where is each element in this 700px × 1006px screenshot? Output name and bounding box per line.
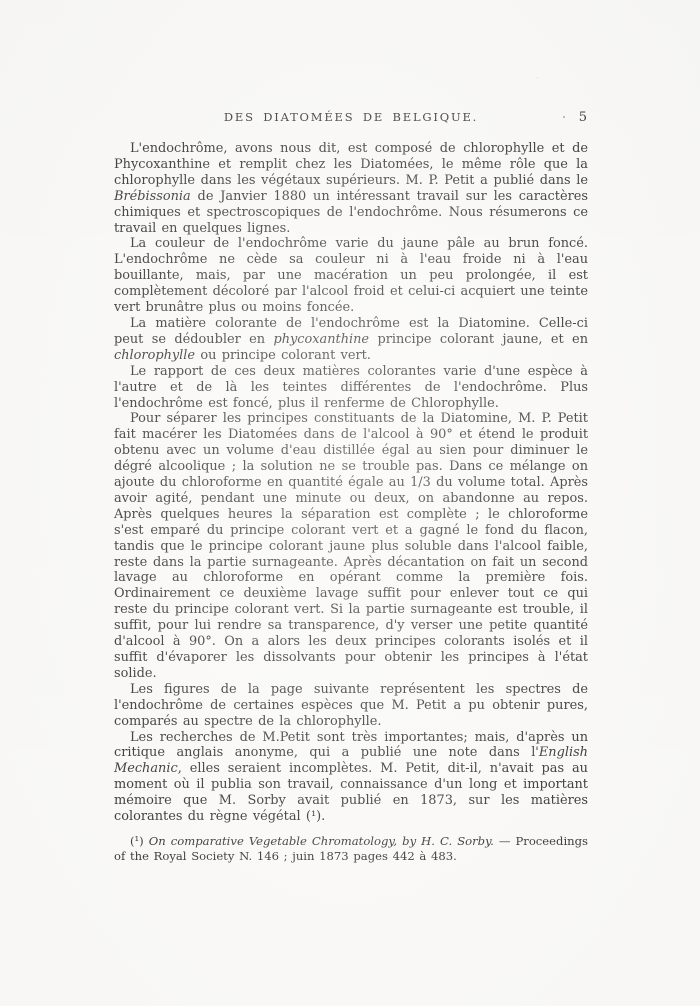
text-block: DES DIATOMÉES DE BELGIQUE. 5 L'endochrôm…	[114, 110, 588, 864]
text-segment: Les recherches de M.Petit sont très impo…	[114, 730, 588, 761]
italic-text-segment: chlorophylle	[114, 348, 195, 363]
text-segment: principe colorant jaune, et en	[369, 332, 588, 347]
italic-text-segment: phycoxanthine	[273, 332, 369, 347]
text-segment: Les figures de la page suivante représen…	[114, 682, 588, 729]
page-number: 5	[579, 110, 587, 125]
text-segment: La couleur de l'endochrôme varie du jaun…	[114, 236, 588, 315]
text-segment: Le rapport de ces deux matières colorant…	[114, 364, 588, 411]
paragraph: Pour séparer les principes constituants …	[114, 411, 588, 681]
text-segment: , elles seraient incomplètes. M. Petit, …	[114, 761, 588, 824]
paragraph: Le rapport de ces deux matières colorant…	[114, 364, 588, 412]
text-segment: Pour séparer les principes constituants …	[114, 411, 588, 681]
text-segment: (¹)	[130, 834, 149, 848]
paragraph: La couleur de l'endochrôme varie du jaun…	[114, 236, 588, 316]
footnote: (¹) On comparative Vegetable Chromatolog…	[114, 834, 588, 864]
italic-text-segment: On comparative Vegetable Chromatology, b…	[149, 834, 494, 848]
page-header-title: DES DIATOMÉES DE BELGIQUE.	[114, 110, 588, 124]
paragraph: (¹) On comparative Vegetable Chromatolog…	[114, 834, 588, 864]
paragraph: La matière colorante de l'endochrôme est…	[114, 316, 588, 364]
paragraph: L'endochrôme, avons nous dit, est compos…	[114, 141, 588, 236]
text-segment: ou principe colorant vert.	[195, 348, 371, 363]
text-segment: L'endochrôme, avons nous dit, est compos…	[114, 141, 588, 188]
paragraph: Les figures de la page suivante représen…	[114, 682, 588, 730]
body-text: L'endochrôme, avons nous dit, est compos…	[114, 141, 588, 825]
running-head: DES DIATOMÉES DE BELGIQUE. 5	[114, 110, 588, 128]
paragraph: Les recherches de M.Petit sont très impo…	[114, 730, 588, 825]
italic-text-segment: Brébissonia	[114, 189, 191, 204]
scan-speck	[537, 77, 538, 78]
scanned-book-page: DES DIATOMÉES DE BELGIQUE. 5 L'endochrôm…	[0, 0, 700, 1006]
